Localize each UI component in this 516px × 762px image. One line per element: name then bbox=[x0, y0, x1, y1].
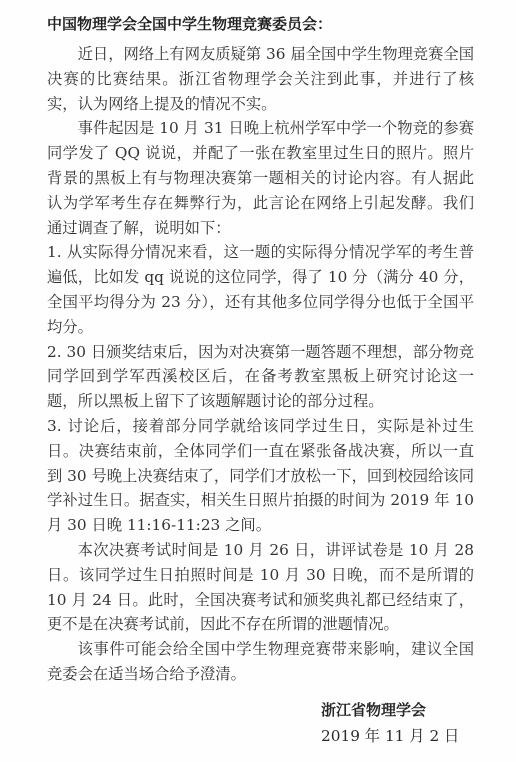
paragraph-recommendation: 该事件可能会给全国中学生物理竞赛带来影响，建议全国竞委会在适当场合给予澄清。 bbox=[47, 637, 474, 687]
paragraph-intro: 近日，网络上有网友质疑第 36 届全国中学生物理竞赛全国决赛的比赛结果。浙江省物… bbox=[47, 42, 474, 116]
signature-date: 2019 年 11 月 2 日 bbox=[321, 723, 459, 749]
signature-block: 浙江省物理学会 2019 年 11 月 2 日 bbox=[321, 697, 459, 749]
document-page: 中国物理学会全国中学生物理竞赛委员会： 近日，网络上有网友质疑第 36 届全国中… bbox=[0, 0, 516, 762]
salutation-heading: 中国物理学会全国中学生物理竞赛委员会： bbox=[47, 14, 487, 34]
signature-organization: 浙江省物理学会 bbox=[321, 697, 459, 723]
paragraph-point-1: 1. 从实际得分情况来看，这一题的实际得分情况学军的考生普遍低，比如发 qq 说… bbox=[47, 240, 474, 339]
paragraph-timeline: 本次决赛考试时间是 10 月 26 日，讲评试卷是 10 月 28 日。该同学过… bbox=[47, 538, 474, 637]
paragraph-point-3: 3. 讨论后，接着部分同学就给该同学过生日，实际是补过生日。决赛结束前，全体同学… bbox=[47, 414, 474, 538]
paragraph-incident-cause: 事件起因是 10 月 31 日晚上杭州学军中学一个物竞的参赛同学发了 QQ 说说… bbox=[47, 116, 474, 240]
paragraph-point-2: 2. 30 日颁奖结束后，因为对决赛第一题答题不理想，部分物竞同学回到学军西溪校… bbox=[47, 340, 474, 414]
letter-body: 近日，网络上有网友质疑第 36 届全国中学生物理竞赛全国决赛的比赛结果。浙江省物… bbox=[47, 42, 474, 687]
